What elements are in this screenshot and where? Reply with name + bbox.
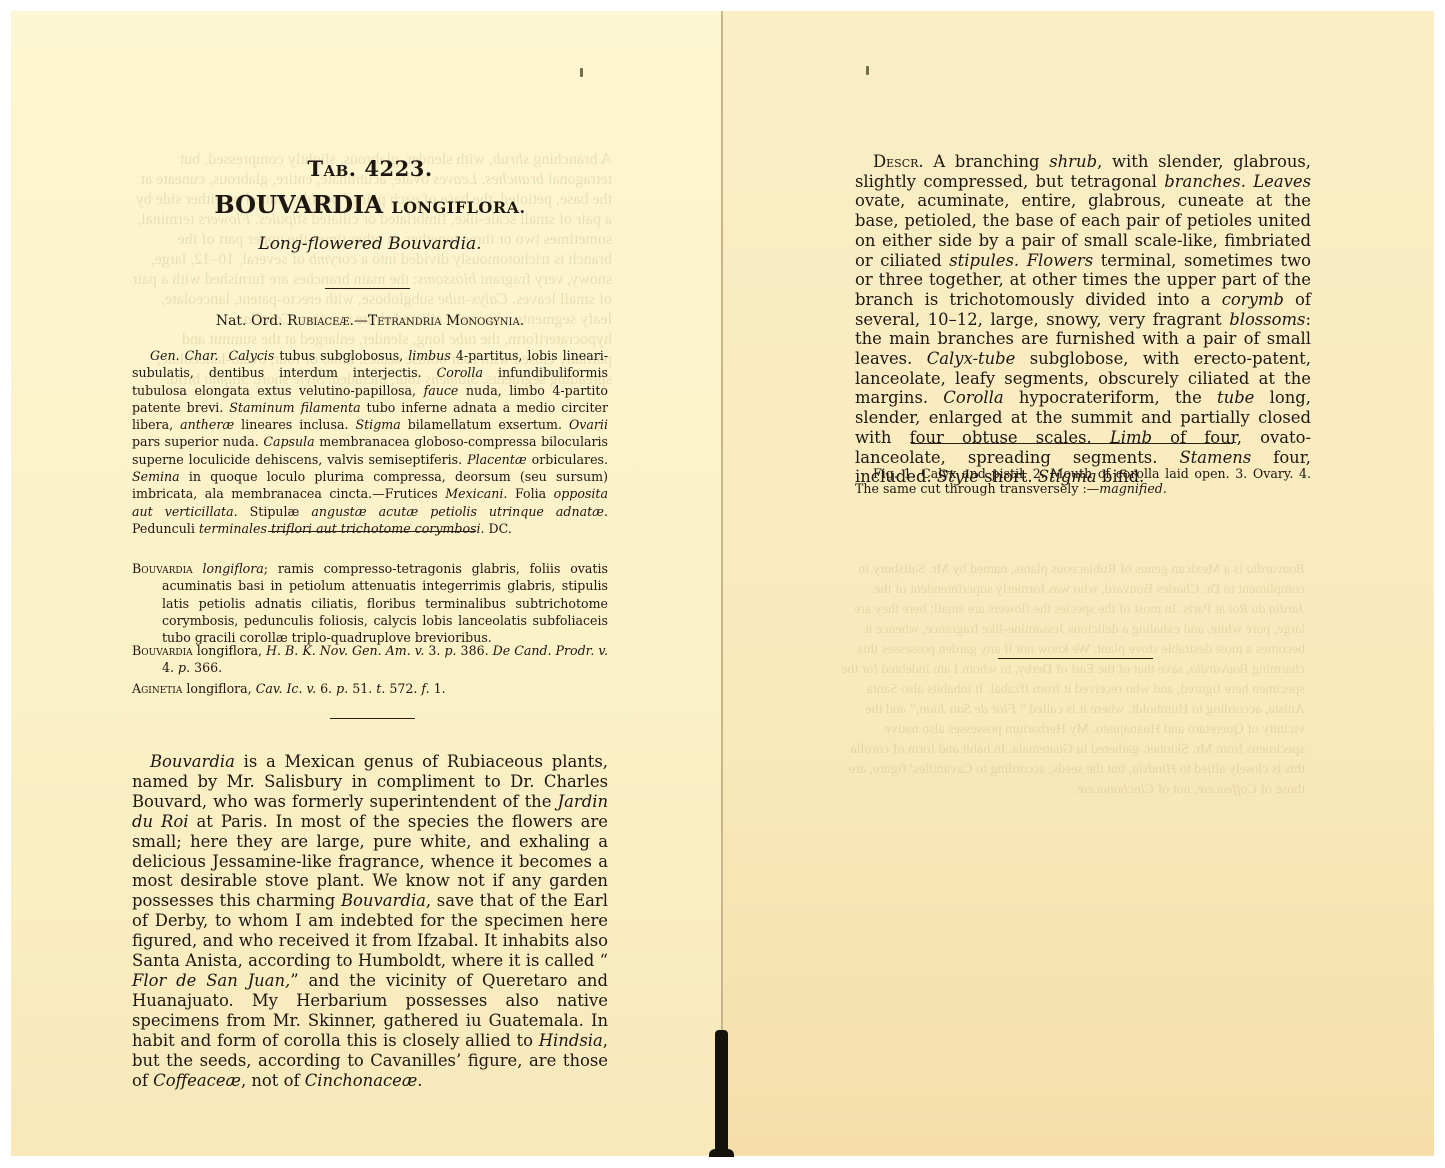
- italic-run: Bouvardia: [1190, 662, 1249, 677]
- synonym-genus: Aginetia: [132, 681, 182, 696]
- italic-run: Calyx-tube: [927, 349, 1016, 368]
- italic-run: shrub: [1049, 152, 1097, 171]
- synonym-references: Cav. Ic. v. 6. p. 51. t. 572. f. 1.: [252, 681, 446, 696]
- italic-run: Calyx-tube: [438, 291, 508, 308]
- italic-run: Hindsia: [539, 1031, 603, 1050]
- italic-run: t.: [376, 681, 385, 696]
- italic-run: Coffeaceæ: [1198, 782, 1257, 797]
- text-run: Fig. 1. Calyx and pistil. 2. Mouth of co…: [855, 466, 1311, 496]
- description: Descr. A branching shrub, with slender, …: [855, 152, 1311, 487]
- italic-run: Jardin du Roi: [1229, 602, 1305, 617]
- italic-run: blossoms: [1229, 310, 1305, 329]
- synonym-species: longiflora: [202, 561, 263, 576]
- divider-rule: [325, 288, 410, 289]
- italic-run: Flor de San Juan,: [916, 702, 1016, 717]
- text-run: .: [1074, 782, 1078, 797]
- nat-ord-class: Tetrandria Monogynia.: [368, 313, 524, 329]
- italic-run: magnified.: [1099, 481, 1167, 496]
- italic-run: Bouvardia: [150, 752, 235, 771]
- text-run: 1.: [430, 681, 446, 696]
- body-paragraph: Bouvardia is a Mexican genus of Rubiaceo…: [132, 752, 608, 1090]
- italic-run: p.: [444, 643, 456, 658]
- italic-run: angustæ acutæ petiolis utrinque adnatæ.: [311, 504, 608, 519]
- text-run: tubus subglobosus,: [274, 348, 408, 363]
- text-run: DC.: [485, 521, 512, 536]
- nat-ord-order: Rubiaceæ.: [287, 313, 354, 329]
- plate-number-value: 4223.: [364, 156, 432, 181]
- body-text: Bouvardia is a Mexican genus of Rubiaceo…: [132, 752, 608, 1090]
- generic-character-text: Gen. Char. Calycis tubus subglobosus, li…: [132, 347, 608, 537]
- italic-run: blossoms: [418, 271, 477, 288]
- text-run: Pedunculi: [132, 521, 199, 536]
- italic-run: Placentæ: [467, 452, 527, 467]
- text-run: 4.: [162, 660, 178, 675]
- text-run: A branching: [924, 152, 1050, 171]
- genus-name: BOUVARDIA: [214, 190, 383, 219]
- synonym-genus: Bouvardia: [132, 643, 193, 658]
- italic-run: branches.: [1164, 172, 1246, 191]
- italic-run: tube: [1217, 388, 1254, 407]
- text-run: 386.: [457, 643, 493, 658]
- italic-run: antheræ: [180, 417, 234, 432]
- italic-run: stipules.: [949, 251, 1019, 270]
- italic-run: Capsula: [263, 434, 314, 449]
- text-run: Folia: [507, 486, 553, 501]
- plate-label: Tab.: [307, 156, 356, 181]
- italic-run: Cinchonaceæ: [1078, 782, 1154, 797]
- paper-speck: [580, 68, 583, 77]
- text-run: , not of: [1154, 782, 1198, 797]
- divider-rule: [268, 531, 476, 532]
- italic-run: Hindsia: [1132, 762, 1176, 777]
- text-run: 6.: [316, 681, 336, 696]
- nat-ord-sep: —: [354, 313, 368, 329]
- bleed-through-right: Bouvardia is a Mexican genus of Rubiaceo…: [835, 560, 1305, 1060]
- italic-run: corymb: [1222, 290, 1284, 309]
- synonym-genus: Bouvardia: [132, 561, 193, 576]
- italic-run: Flor de San Juan,: [132, 971, 290, 990]
- paper-speck: [866, 66, 869, 75]
- italic-run: f.: [421, 681, 429, 696]
- italic-run: Staminum filamenta: [229, 400, 360, 415]
- text-run: Stipulæ: [238, 504, 312, 519]
- italic-run: Cinchonaceæ: [305, 1071, 418, 1090]
- binding-gutter: [715, 1030, 728, 1157]
- species-epithet: longiflora.: [391, 198, 525, 217]
- italic-run: Leaves: [1253, 172, 1311, 191]
- italic-run: Semina: [132, 469, 180, 484]
- gen-char-runs: Calycis tubus subglobosus, limbus 4-part…: [132, 348, 608, 536]
- figure-caption-text: Fig. 1. Calyx and pistil. 2. Mouth of co…: [855, 466, 1311, 496]
- description-text: Descr. A branching shrub, with slender, …: [855, 152, 1311, 487]
- species-title: BOUVARDIA longiflora.: [132, 190, 608, 219]
- synonym-species: longiflora,: [197, 643, 262, 658]
- italic-run: p.: [178, 660, 190, 675]
- italic-run: Mexicani.: [445, 486, 507, 501]
- divider-rule: [998, 658, 1153, 659]
- text-run: hypocrateriform, the: [1004, 388, 1217, 407]
- synonym-3: Aginetia longiflora, Cav. Ic. v. 6. p. 5…: [132, 680, 608, 697]
- italic-run: Corolla: [943, 388, 1003, 407]
- divider-rule: [330, 718, 415, 719]
- italic-run: limbus: [408, 348, 451, 363]
- italic-run: Cav. Ic. v.: [252, 681, 316, 696]
- italic-run: fauce: [424, 383, 459, 398]
- text-run: orbiculares.: [527, 452, 608, 467]
- italic-run: De Cand. Prodr. v.: [493, 643, 608, 658]
- italic-run: Bouvardia: [1246, 562, 1305, 577]
- synonym-1: Bouvardia longiflora; ramis compresso-te…: [132, 560, 608, 646]
- common-name: Long-flowered Bouvardia.: [132, 234, 608, 254]
- page-fold: [721, 11, 723, 1031]
- text-run: pars superior nuda.: [132, 434, 263, 449]
- figure-caption: Fig. 1. Calyx and pistil. 2. Mouth of co…: [855, 466, 1311, 496]
- generic-character: Gen. Char. Calycis tubus subglobosus, li…: [132, 347, 608, 537]
- italic-run: Calycis: [229, 348, 275, 363]
- italic-run: Stamens: [1179, 448, 1251, 467]
- italic-run: tube: [449, 331, 477, 348]
- text-run: 3.: [424, 643, 444, 658]
- synonym-species: longiflora,: [186, 681, 251, 696]
- italic-run: Coffeaceæ: [153, 1071, 241, 1090]
- synonym-2: Bouvardia longiflora, H. B. K. Nov. Gen.…: [132, 642, 608, 677]
- gen-char-label: Gen. Char.: [150, 348, 219, 363]
- text-run: , not of: [241, 1071, 305, 1090]
- italic-run: Stigma: [355, 417, 400, 432]
- text-run: bilamellatum exsertum.: [401, 417, 569, 432]
- text-run: hypocrateriform, the: [477, 331, 613, 348]
- italic-run: Flowers: [1027, 251, 1093, 270]
- italic-run: Bouvardia: [341, 891, 426, 910]
- description-label: Descr.: [873, 152, 924, 171]
- text-run: 51.: [348, 681, 376, 696]
- italic-run: p.: [336, 681, 348, 696]
- text-run: 366.: [190, 660, 222, 675]
- italic-run: Corolla: [437, 365, 483, 380]
- text-run: is a Mexican genus of Rubiaceous plants,…: [858, 562, 1305, 597]
- text-run: 572.: [385, 681, 421, 696]
- text-run: [1019, 251, 1027, 270]
- divider-rule: [911, 443, 1233, 444]
- italic-run: terminales triflori aut trichotome corym…: [199, 521, 485, 536]
- description-runs: A branching shrub, with slender, glabrou…: [855, 152, 1311, 486]
- natural-order: Nat. Ord. Rubiaceæ.—Tetrandria Monogynia…: [132, 313, 608, 329]
- italic-run: H. B. K. Nov. Gen. Am. v.: [262, 643, 424, 658]
- plate-number: Tab. 4223.: [132, 156, 608, 181]
- italic-run: Ovarii: [569, 417, 608, 432]
- text-run: lineares inclusa.: [234, 417, 355, 432]
- nat-ord-prefix: Nat. Ord.: [216, 313, 283, 329]
- text-run: .: [417, 1071, 422, 1090]
